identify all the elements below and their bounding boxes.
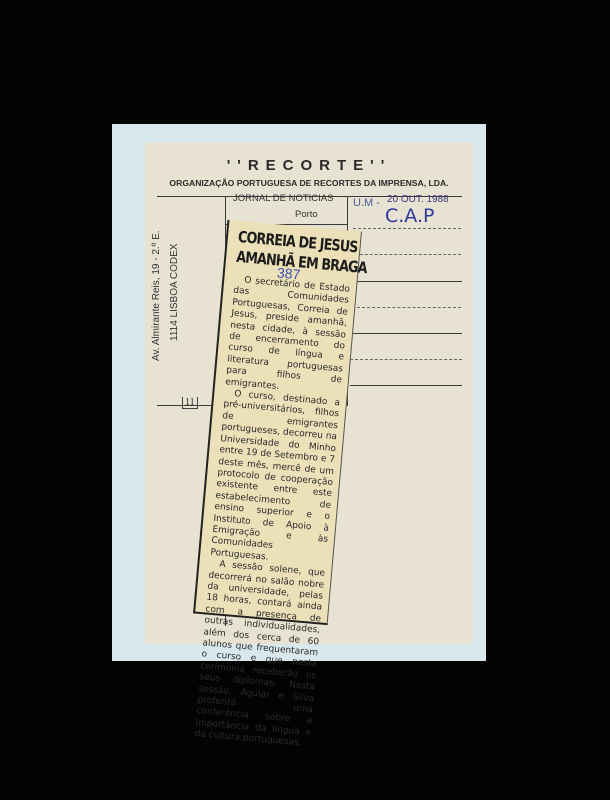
- dotted-line: [353, 228, 461, 229]
- newspaper-name: JORNAL DE NOTICIAS: [233, 193, 333, 204]
- dotted-line: [350, 359, 462, 360]
- clipping-paragraph: A sessão solene, que decorrerá no salão …: [194, 559, 325, 751]
- handwritten-code: C.A.P: [385, 205, 434, 227]
- address-line-2: 1114 LISBOA CODEX: [169, 244, 180, 341]
- date-stamp: 20 OUT. 1988: [387, 194, 449, 205]
- stamp-prefix: U.M -: [353, 197, 380, 209]
- form-title: ''RECORTE'': [145, 157, 473, 174]
- handwritten-number: 387: [276, 264, 301, 282]
- row-rule: [350, 281, 462, 282]
- dotted-line: [357, 307, 461, 308]
- row-rule: [350, 385, 462, 386]
- clipping-paragraph: O secretário de Estado das Comunidades P…: [225, 275, 350, 399]
- form-subtitle: ORGANIZAÇÃO PORTUGUESA DE RECORTES DA IM…: [145, 178, 473, 188]
- dotted-line: [355, 254, 461, 255]
- box-number: 11: [182, 397, 198, 409]
- clipping-paragraph: O curso, destinado a pré-universitários,…: [210, 388, 340, 569]
- clipping-body: O secretário de Estado das Comunidades P…: [194, 275, 350, 751]
- row-rule: [350, 333, 462, 334]
- address-line-1: Av. Almirante Reis, 19 - 2.º E.: [151, 230, 162, 361]
- newspaper-city: Porto: [295, 209, 318, 220]
